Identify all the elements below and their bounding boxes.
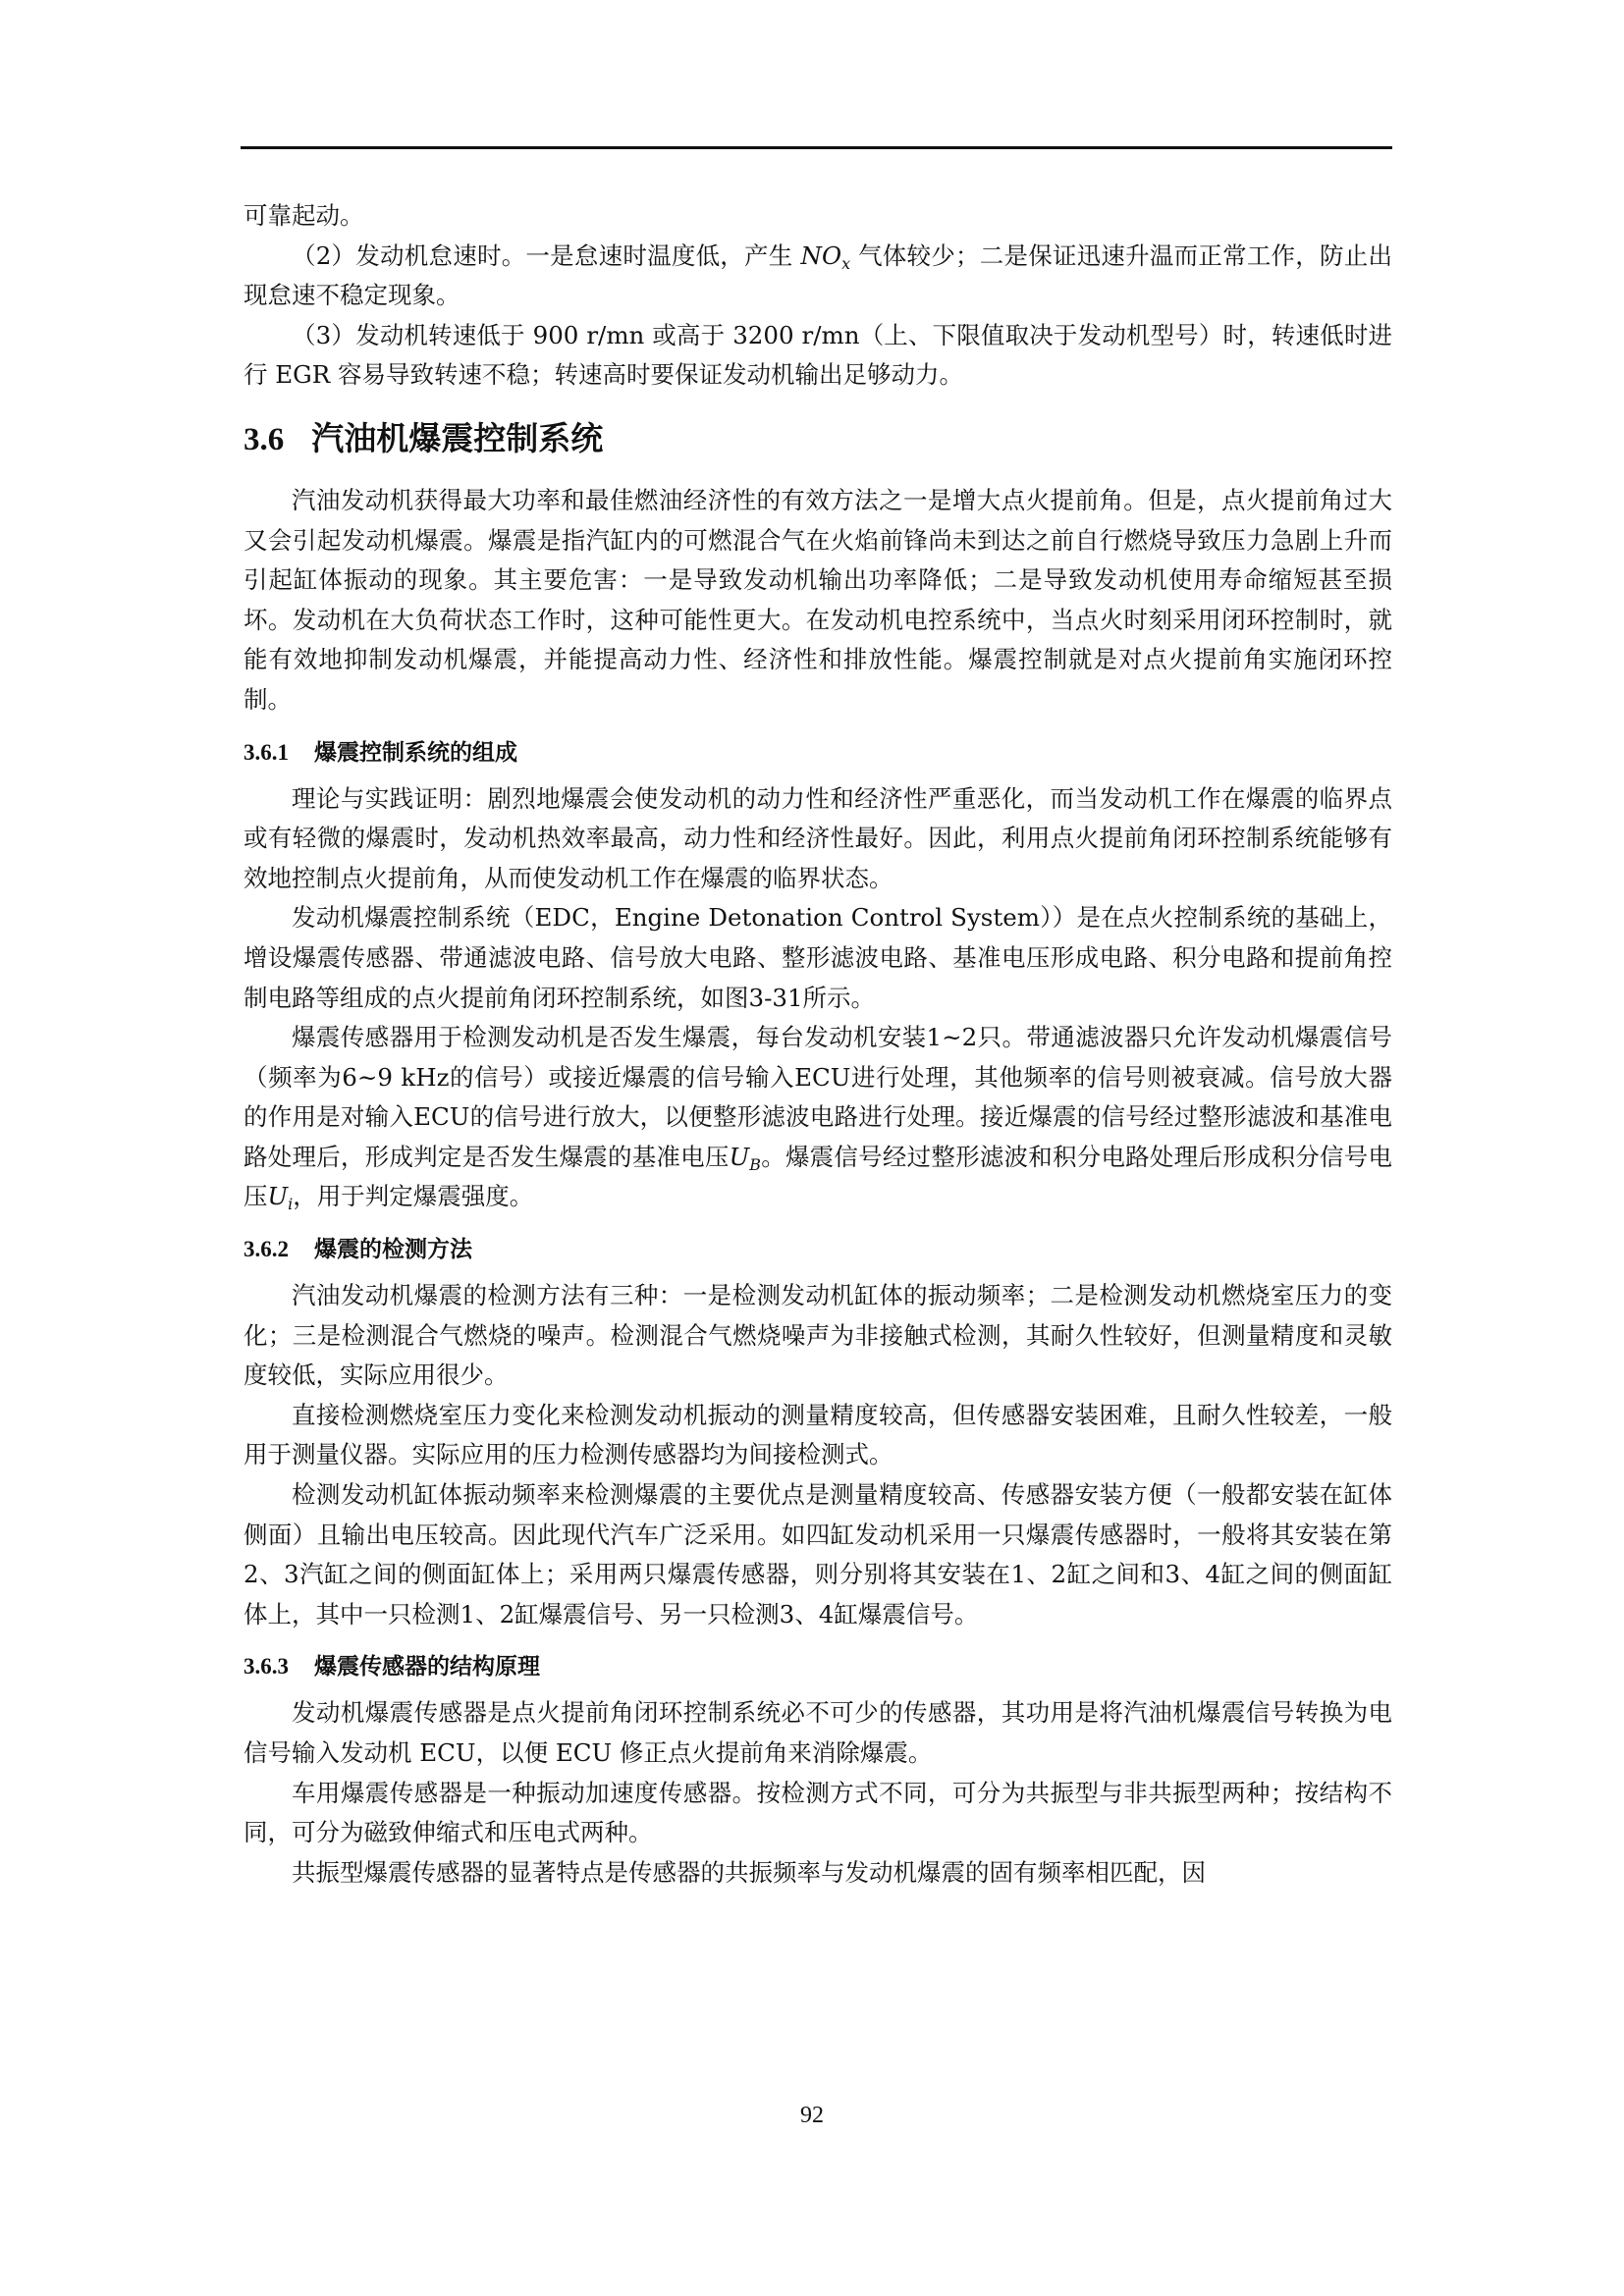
speed-condition-paragraph: （3）发动机转速低于 900 r/mn 或高于 3200 r/mn（上、下限值取… bbox=[244, 316, 1392, 396]
paragraph: 汽油发动机爆震的检测方法有三种：一是检测发动机缸体的振动频率；二是检测发动机燃烧… bbox=[244, 1276, 1392, 1396]
paragraph: 发动机爆震传感器是点火提前角闭环控制系统必不可少的传感器，其功用是将汽油机爆震信… bbox=[244, 1693, 1392, 1773]
header-rule bbox=[241, 146, 1392, 149]
page-content: 可靠起动。 （2）发动机怠速时。一是怠速时温度低，产生 NOx 气体较少；二是保… bbox=[244, 196, 1392, 1893]
nox-symbol: NOx bbox=[801, 241, 851, 270]
section-heading: 3.6汽油机爆震控制系统 bbox=[244, 417, 1392, 461]
idle-condition-paragraph: （2）发动机怠速时。一是怠速时温度低，产生 NOx 气体较少；二是保证迅速升温而… bbox=[244, 237, 1392, 316]
subsection-heading-3-6-2: 3.6.2爆震的检测方法 bbox=[244, 1231, 1392, 1268]
paragraph-with-voltage-symbols: 爆震传感器用于检测发动机是否发生爆震，每台发动机安装1~2只。带通滤波器只允许发… bbox=[244, 1018, 1392, 1217]
paragraph: 发动机爆震控制系统（EDC，Engine Detonation Control … bbox=[244, 898, 1392, 1018]
ub-symbol: UB bbox=[730, 1143, 761, 1171]
paragraph: 直接检测燃烧室压力变化来检测发动机振动的测量精度较高，但传感器安装困难，且耐久性… bbox=[244, 1396, 1392, 1475]
paragraph: 理论与实践证明：剧烈地爆震会使发动机的动力性和经济性严重恶化，而当发动机工作在爆… bbox=[244, 779, 1392, 899]
ui-symbol: Ui bbox=[268, 1182, 294, 1210]
paragraph: 检测发动机缸体振动频率来检测爆震的主要优点是测量精度较高、传感器安装方便（一般都… bbox=[244, 1475, 1392, 1634]
paragraph: 车用爆震传感器是一种振动加速度传感器。按检测方式不同，可分为共振型与非共振型两种… bbox=[244, 1774, 1392, 1853]
section-intro-paragraph: 汽油发动机获得最大功率和最佳燃油经济性的有效方法之一是增大点火提前角。但是，点火… bbox=[244, 481, 1392, 721]
paragraph: 共振型爆震传感器的显著特点是传感器的共振频率与发动机爆震的固有频率相匹配，因 bbox=[244, 1853, 1392, 1894]
subsection-heading-3-6-3: 3.6.3爆震传感器的结构原理 bbox=[244, 1648, 1392, 1685]
continuation-paragraph: 可靠起动。 bbox=[244, 196, 1392, 237]
subsection-heading-3-6-1: 3.6.1爆震控制系统的组成 bbox=[244, 734, 1392, 772]
page-number: 92 bbox=[0, 2103, 1624, 2129]
